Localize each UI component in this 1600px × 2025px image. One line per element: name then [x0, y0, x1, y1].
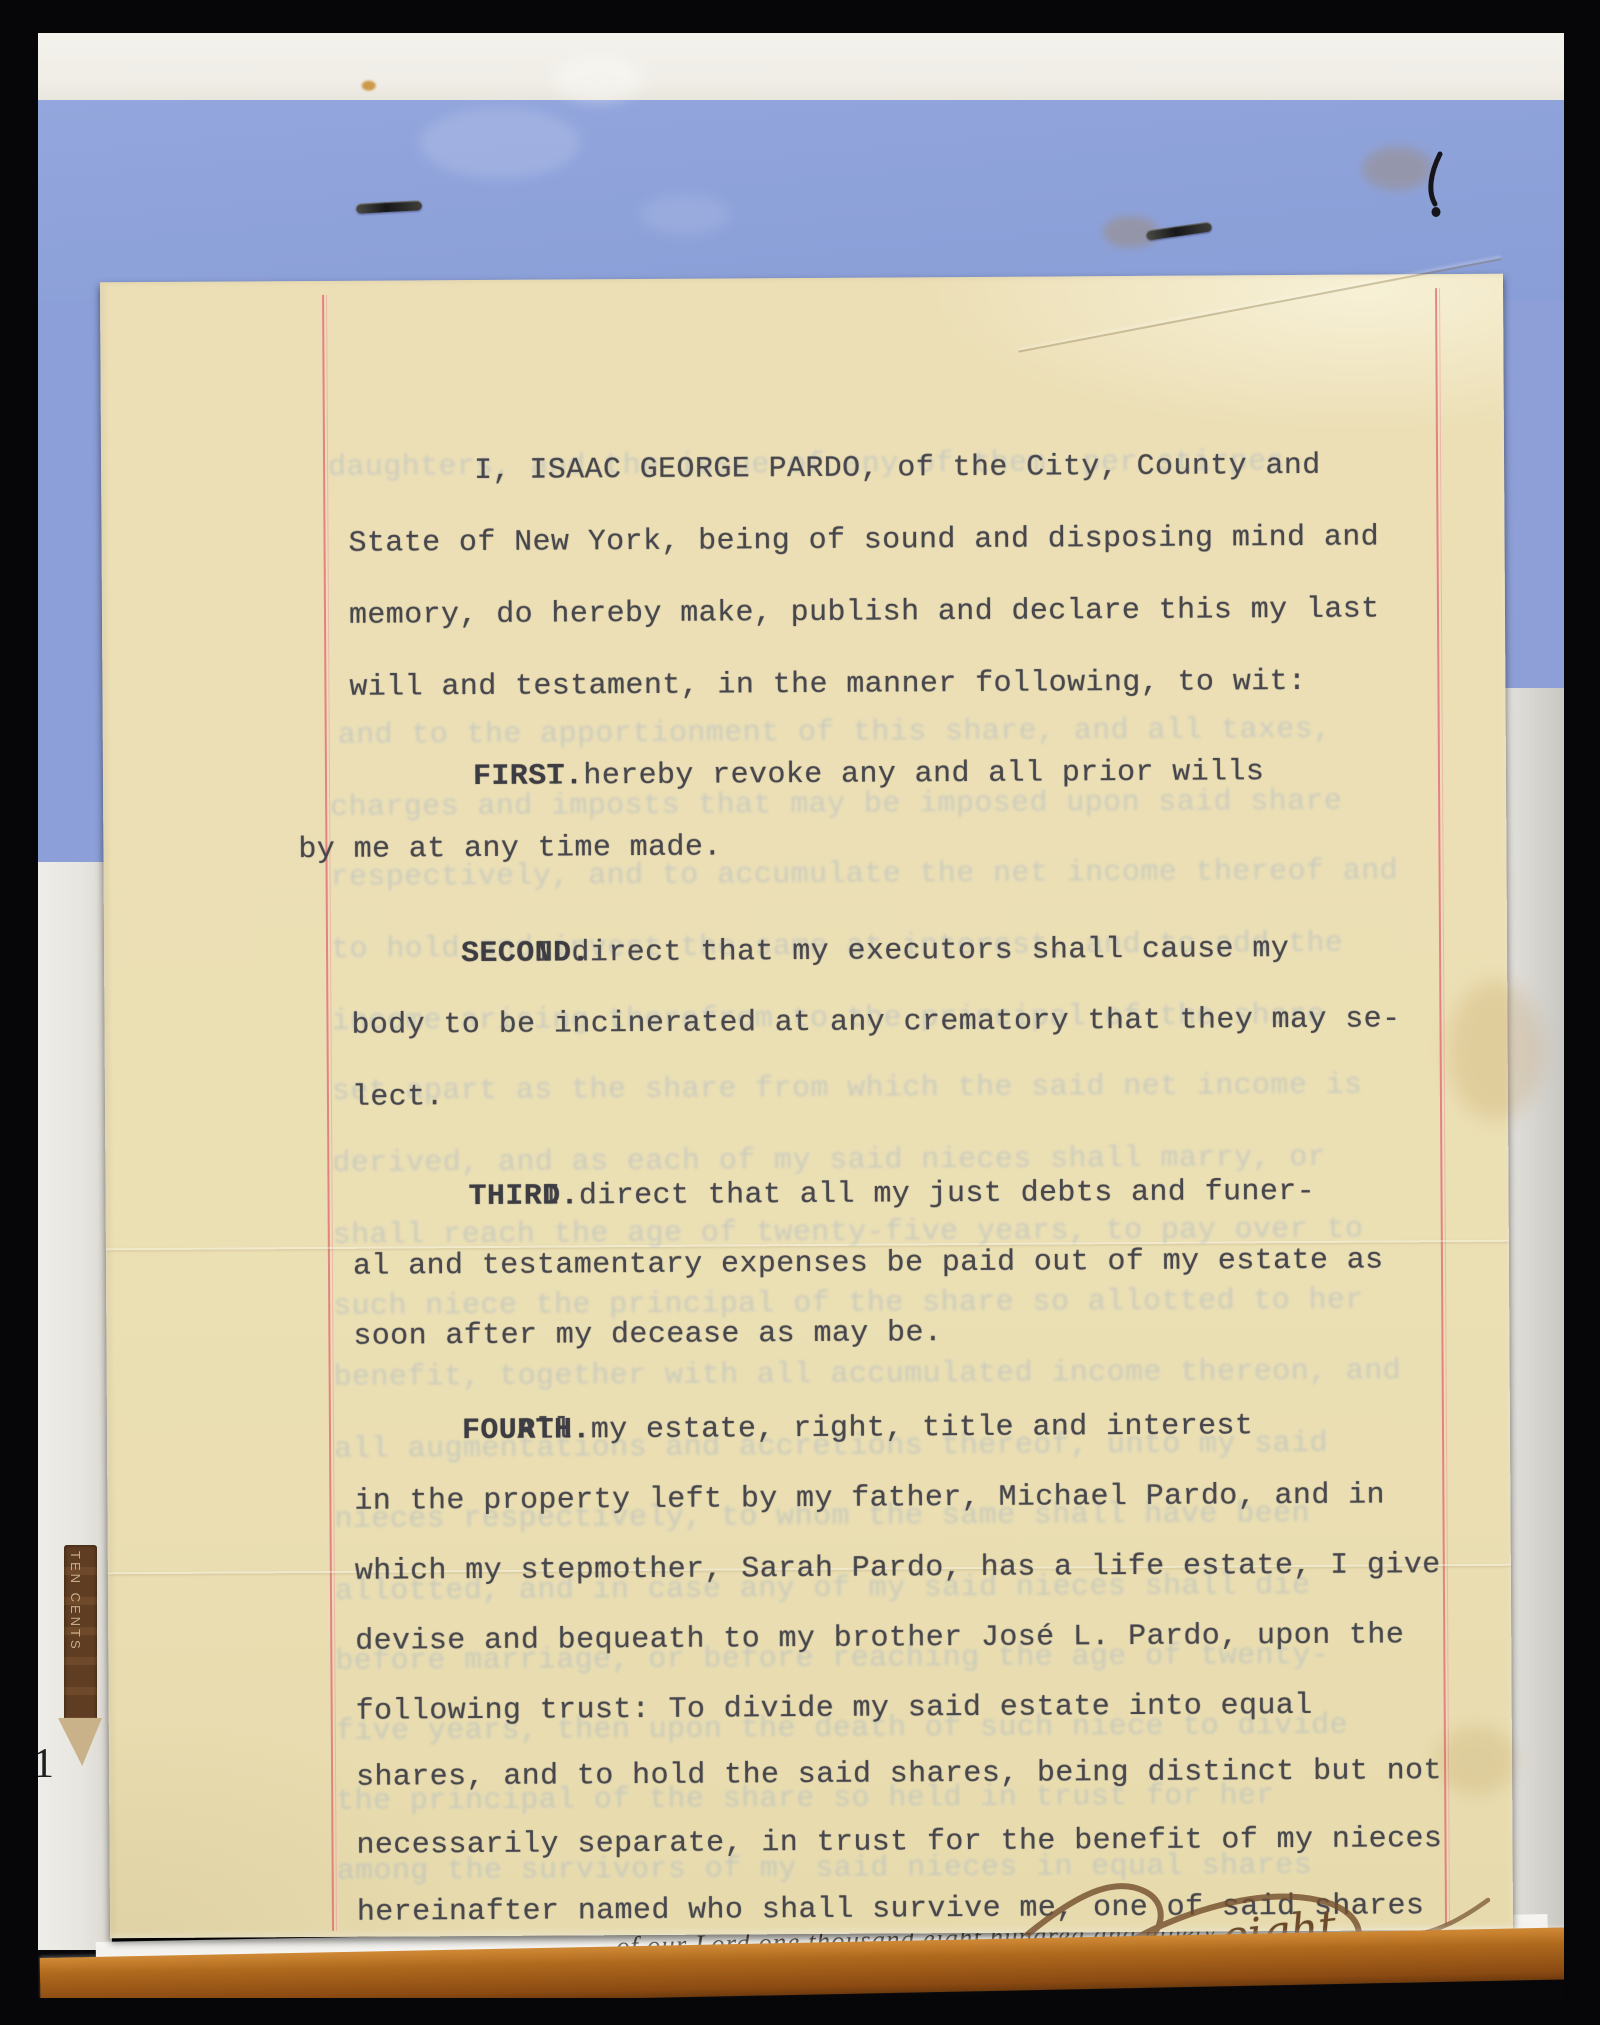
- blue-backing-sheet-right: [1500, 300, 1564, 692]
- will-document-page: daughters, and the issue of any of them,…: [100, 274, 1513, 1939]
- under-page-top-edge: [38, 33, 1566, 103]
- ink-mark: [1416, 150, 1460, 220]
- revenue-stamp-label: TEN CENTS: [68, 1551, 83, 1652]
- photo-border: [0, 0, 1600, 33]
- scanned-document-photo: of our Lord one thousand eight hundred a…: [0, 0, 1600, 2025]
- revenue-stamp: TEN CENTS: [64, 1545, 97, 1725]
- stains-layer: [100, 274, 1513, 1939]
- stain: [362, 81, 376, 91]
- plastic-glare: [420, 108, 580, 178]
- background: [0, 1998, 1600, 2025]
- photo-border: [0, 0, 38, 2025]
- photo-border: [1564, 0, 1600, 2025]
- stain: [1436, 1726, 1516, 1796]
- stain: [1447, 981, 1543, 1122]
- plastic-glare: [640, 195, 730, 235]
